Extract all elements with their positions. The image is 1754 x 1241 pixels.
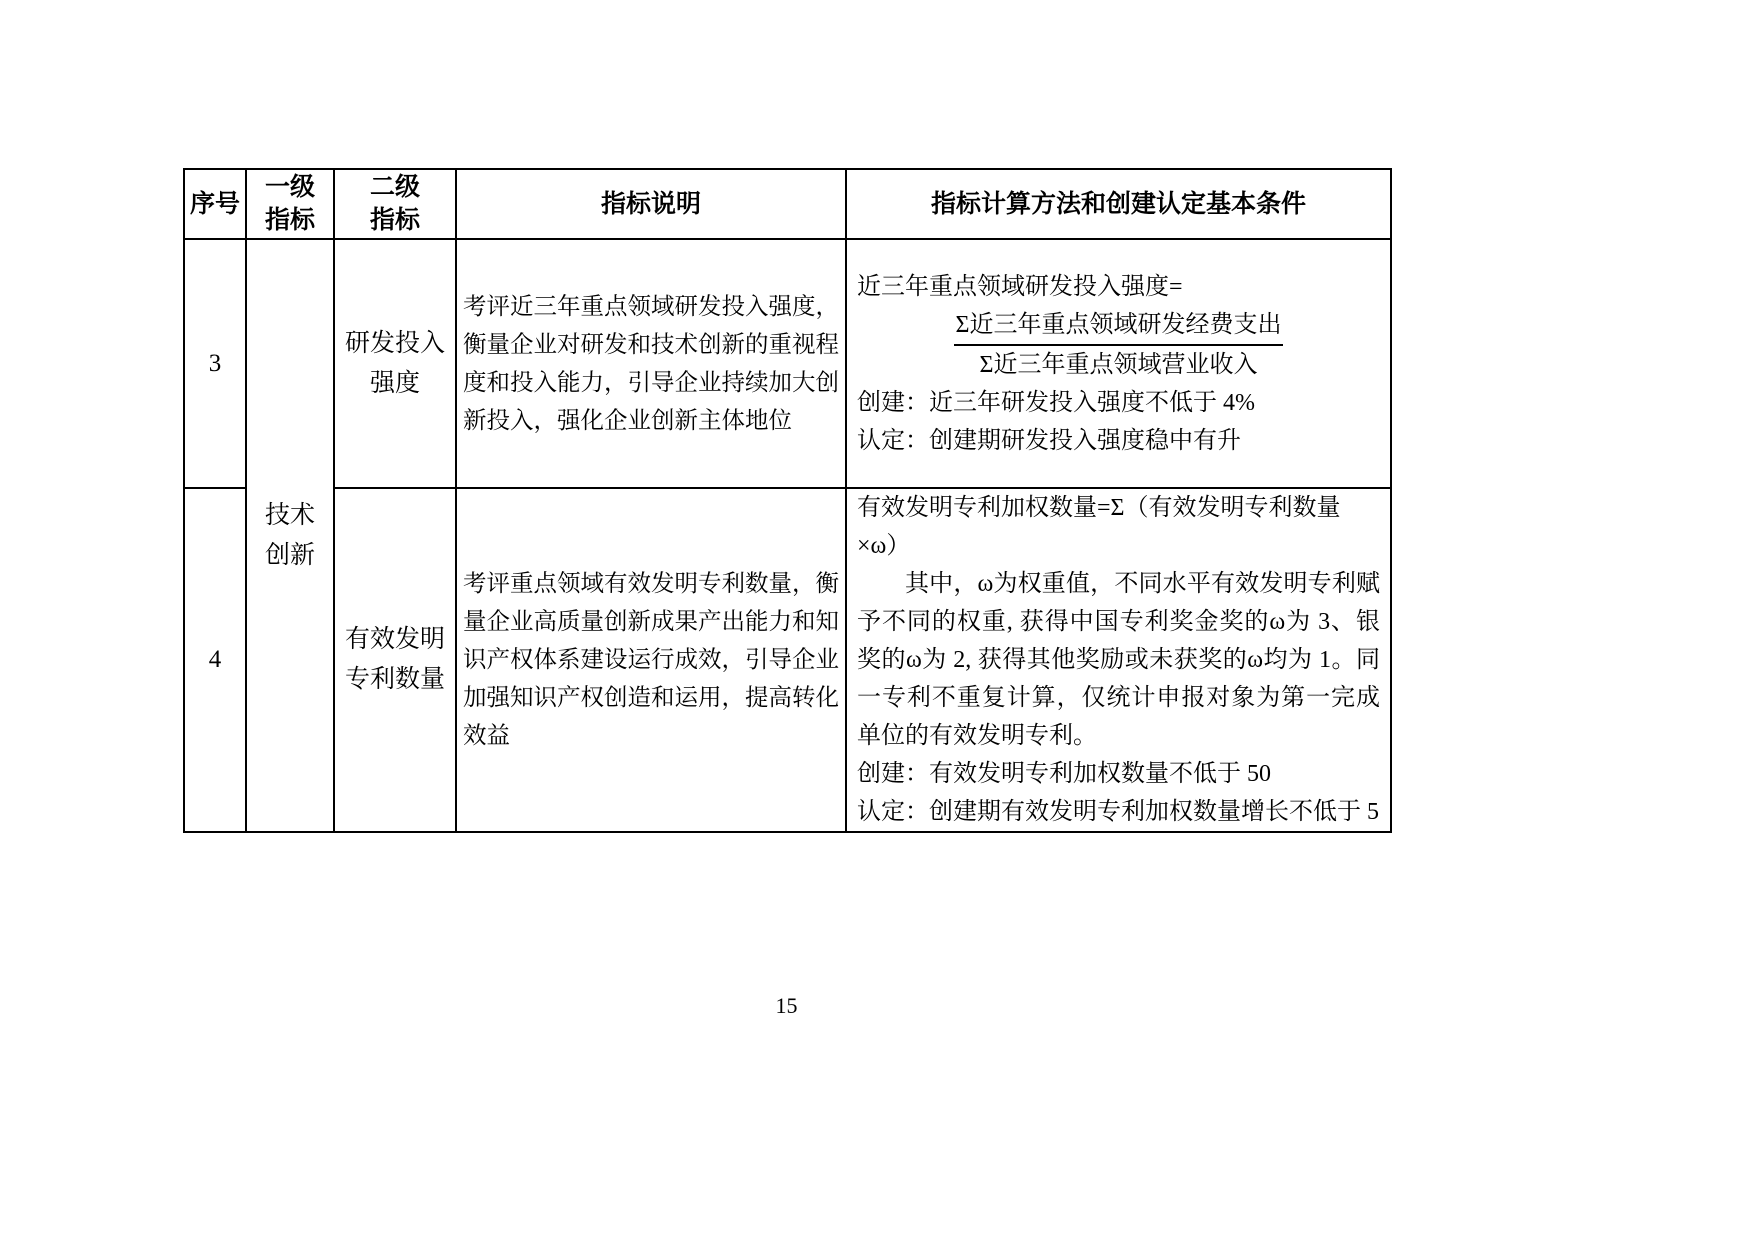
level1-indicator-cell: 技术 创新 [246, 239, 334, 832]
row3-calc-cell: 近三年重点领域研发投入强度= Σ近三年重点领域研发经费支出 Σ近三年重点领域营业… [846, 239, 1391, 488]
row4-indicator-description: 考评重点领域有效发明专利数量，衡量企业高质量创新成果产出能力和知识产权体系建设运… [456, 488, 846, 832]
row3-certify-condition: 认定：创建期研发投入强度稳中有升 [857, 422, 1380, 460]
row3-level2-indicator: 研发投入 强度 [334, 239, 456, 488]
row3-indicator-description: 考评近三年重点领域研发投入强度，衡量企业对研发和技术创新的重视程度和投入能力，引… [456, 239, 846, 488]
row3-create-condition: 创建：近三年研发投入强度不低于 4% [857, 384, 1380, 422]
indicator-table: 序号 一级 指标 二级 指标 指标说明 指标计算方法和创建认定基本条件 3 技术… [183, 168, 1392, 833]
header-calc-method: 指标计算方法和创建认定基本条件 [846, 169, 1391, 239]
table-row: 4 有效发明 专利数量 考评重点领域有效发明专利数量，衡量企业高质量创新成果产出… [184, 488, 1391, 832]
document-page: 序号 一级 指标 二级 指标 指标说明 指标计算方法和创建认定基本条件 3 技术… [0, 0, 1754, 1241]
row4-seq: 4 [184, 488, 246, 832]
row4-calc-cell: 有效发明专利加权数量=Σ（有效发明专利数量×ω） 其中，ω为权重值，不同水平有效… [846, 488, 1391, 832]
row4-create-condition: 创建：有效发明专利加权数量不低于 50 [857, 755, 1380, 793]
row4-certify-condition: 认定：创建期有效发明专利加权数量增长不低于 5 [857, 793, 1380, 831]
row3-calc-formula-lhs: 近三年重点领域研发投入强度= [857, 268, 1380, 306]
table-row: 3 技术 创新 研发投入 强度 考评近三年重点领域研发投入强度，衡量企业对研发和… [184, 239, 1391, 488]
row3-fraction-denominator: Σ近三年重点领域营业收入 [857, 346, 1380, 384]
row3-fraction-numerator: Σ近三年重点领域研发经费支出 [954, 306, 1284, 346]
header-seq: 序号 [184, 169, 246, 239]
row3-seq: 3 [184, 239, 246, 488]
header-level1-indicator: 一级 指标 [246, 169, 334, 239]
row4-level2-indicator: 有效发明 专利数量 [334, 488, 456, 832]
page-number: 15 [183, 993, 1390, 1019]
header-indicator-description: 指标说明 [456, 169, 846, 239]
header-level2-indicator: 二级 指标 [334, 169, 456, 239]
row4-calc-formula: 有效发明专利加权数量=Σ（有效发明专利数量×ω） [857, 489, 1380, 565]
row3-calc-fraction: Σ近三年重点领域研发经费支出 Σ近三年重点领域营业收入 [857, 306, 1380, 384]
row4-calc-explanation: 其中，ω为权重值，不同水平有效发明专利赋予不同的权重, 获得中国专利奖金奖的ω为… [857, 565, 1380, 755]
table-header-row: 序号 一级 指标 二级 指标 指标说明 指标计算方法和创建认定基本条件 [184, 169, 1391, 239]
